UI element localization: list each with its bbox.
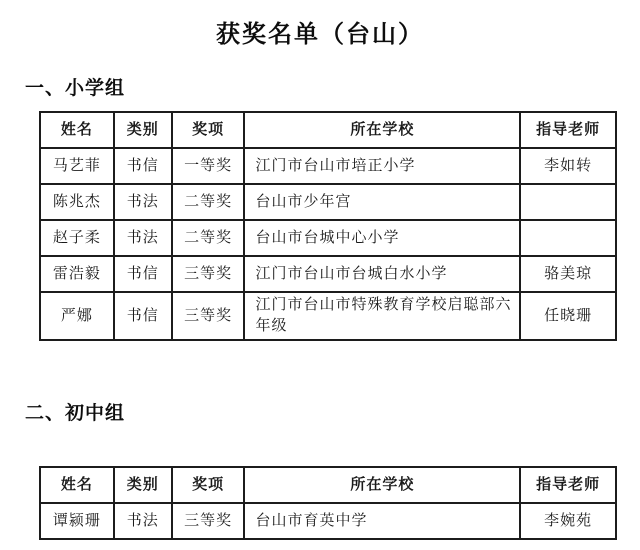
- cell-award: 二等奖: [172, 220, 245, 256]
- column-header-school: 所在学校: [244, 467, 520, 503]
- cell-name: 赵子柔: [40, 220, 114, 256]
- cell-category: 书信: [114, 148, 172, 184]
- table-row: 马艺菲 书信 一等奖 江门市台山市培正小学 李如转: [40, 148, 616, 184]
- cell-name: 谭颍珊: [40, 503, 114, 539]
- cell-teacher: 任晓珊: [520, 292, 616, 340]
- cell-name: 陈兆杰: [40, 184, 114, 220]
- cell-name: 雷浩毅: [40, 256, 114, 292]
- awards-table-junior-high: 姓名 类别 奖项 所在学校 指导老师 谭颍珊 书法 三等奖 台山市育英中学 李婉…: [39, 466, 617, 540]
- cell-school: 江门市台山市特殊教育学校启聪部六年级: [244, 292, 520, 340]
- cell-school: 台山市育英中学: [244, 503, 520, 539]
- cell-teacher: [520, 184, 616, 220]
- column-header-category: 类别: [114, 467, 172, 503]
- cell-teacher: [520, 220, 616, 256]
- cell-teacher: 骆美琼: [520, 256, 616, 292]
- cell-teacher: 李婉苑: [520, 503, 616, 539]
- awards-table-primary-school: 姓名 类别 奖项 所在学校 指导老师 马艺菲 书信 一等奖 江门市台山市培正小学…: [39, 111, 617, 341]
- cell-category: 书法: [114, 220, 172, 256]
- cell-name: 马艺菲: [40, 148, 114, 184]
- cell-teacher: 李如转: [520, 148, 616, 184]
- table-header-row: 姓名 类别 奖项 所在学校 指导老师: [40, 112, 616, 148]
- section-heading-junior-high: 二、初中组: [25, 398, 640, 425]
- table-row: 雷浩毅 书信 三等奖 江门市台山市台城白水小学 骆美琼: [40, 256, 616, 292]
- column-header-award: 奖项: [172, 112, 245, 148]
- cell-award: 三等奖: [172, 503, 245, 539]
- cell-school: 江门市台山市台城白水小学: [244, 256, 520, 292]
- column-header-name: 姓名: [40, 467, 114, 503]
- column-header-teacher: 指导老师: [520, 112, 616, 148]
- cell-award: 三等奖: [172, 256, 245, 292]
- page-title: 获奖名单（台山）: [0, 0, 640, 49]
- cell-award: 一等奖: [172, 148, 245, 184]
- column-header-name: 姓名: [40, 112, 114, 148]
- cell-name: 严娜: [40, 292, 114, 340]
- table-row: 严娜 书信 三等奖 江门市台山市特殊教育学校启聪部六年级 任晓珊: [40, 292, 616, 340]
- table-row: 陈兆杰 书法 二等奖 台山市少年宫: [40, 184, 616, 220]
- column-header-teacher: 指导老师: [520, 467, 616, 503]
- cell-school: 江门市台山市培正小学: [244, 148, 520, 184]
- table-header-row: 姓名 类别 奖项 所在学校 指导老师: [40, 467, 616, 503]
- cell-award: 二等奖: [172, 184, 245, 220]
- column-header-award: 奖项: [172, 467, 245, 503]
- column-header-category: 类别: [114, 112, 172, 148]
- table-row: 赵子柔 书法 二等奖 台山市台城中心小学: [40, 220, 616, 256]
- cell-category: 书信: [114, 292, 172, 340]
- column-header-school: 所在学校: [244, 112, 520, 148]
- cell-school: 台山市少年宫: [244, 184, 520, 220]
- cell-school: 台山市台城中心小学: [244, 220, 520, 256]
- cell-category: 书法: [114, 184, 172, 220]
- cell-award: 三等奖: [172, 292, 245, 340]
- table-row: 谭颍珊 书法 三等奖 台山市育英中学 李婉苑: [40, 503, 616, 539]
- section-heading-primary-school: 一、小学组: [25, 73, 640, 100]
- cell-category: 书法: [114, 503, 172, 539]
- cell-category: 书信: [114, 256, 172, 292]
